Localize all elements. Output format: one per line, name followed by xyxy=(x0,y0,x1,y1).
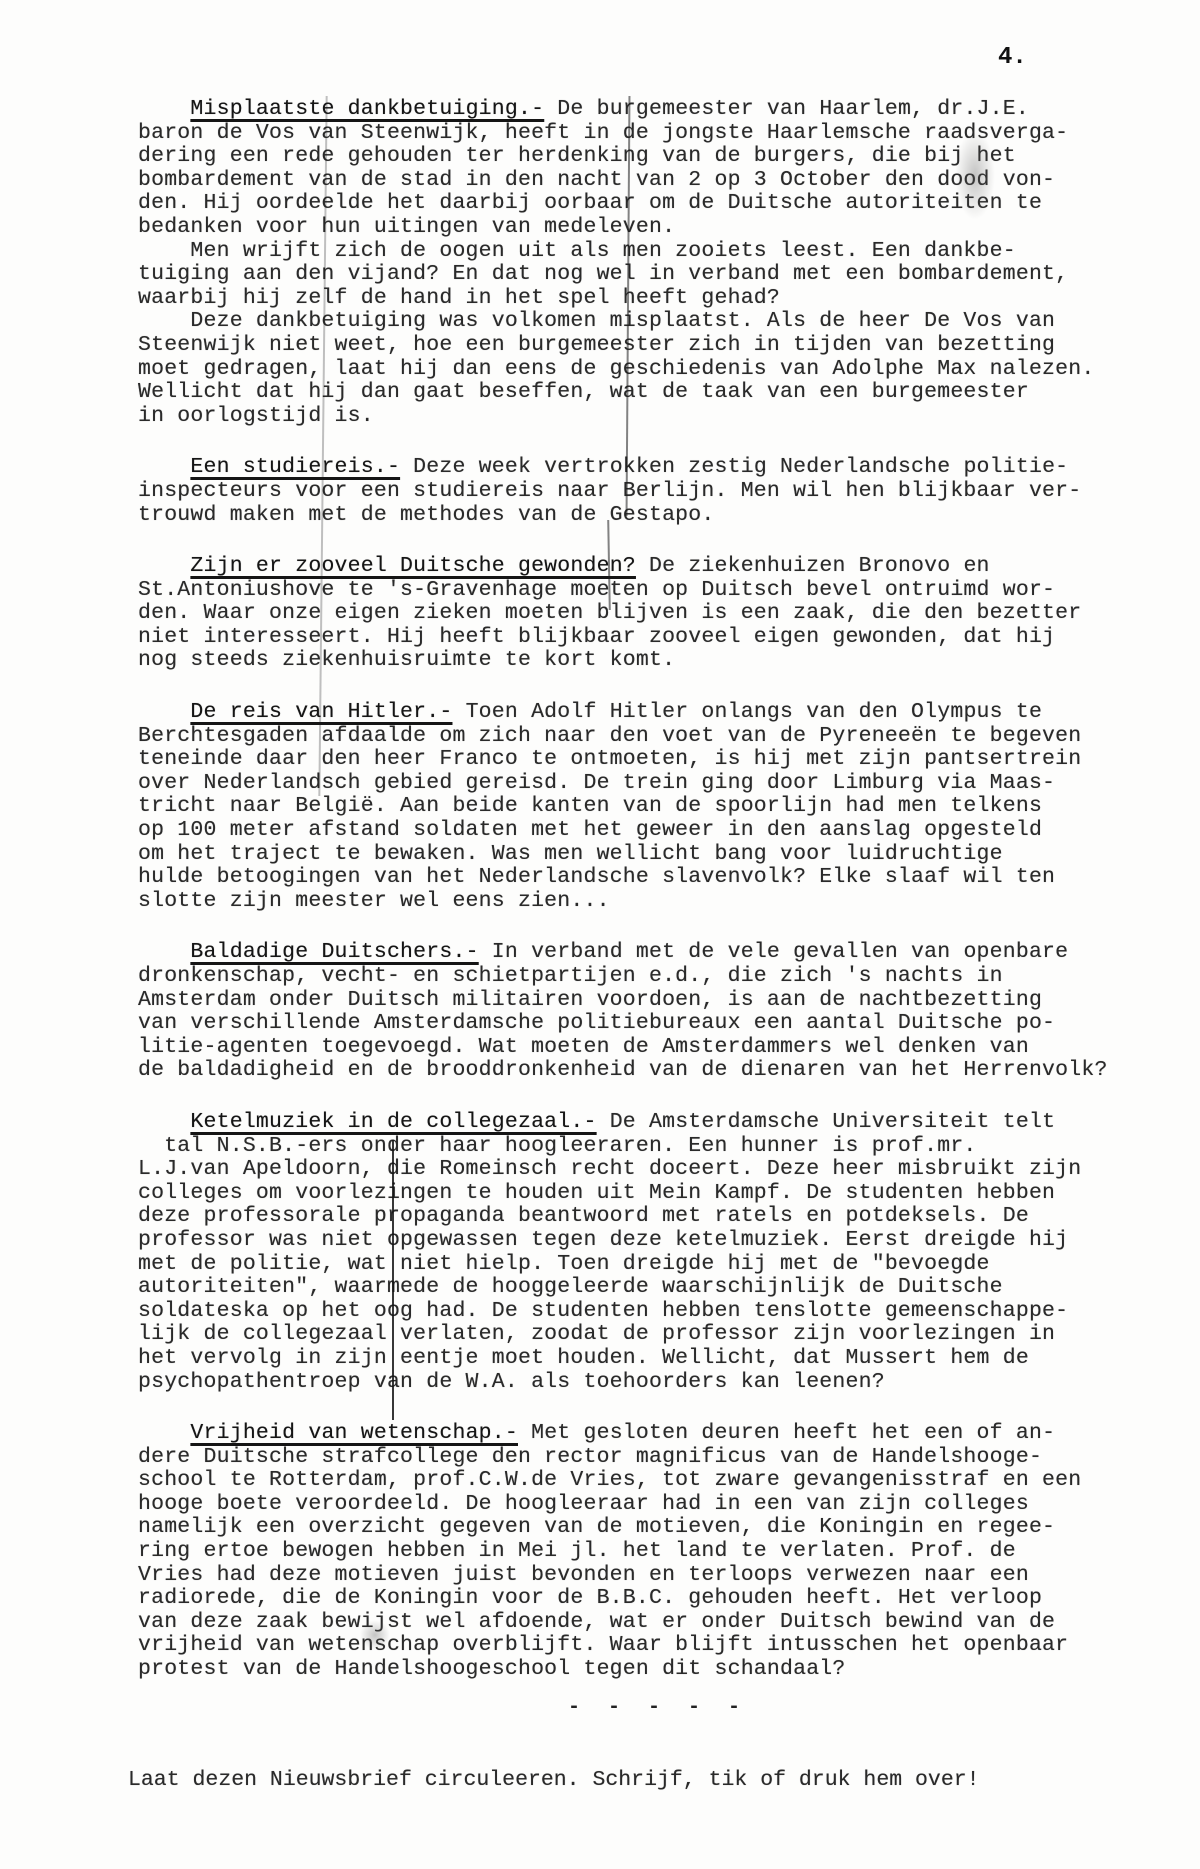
text-line: niet interesseert. Hij heeft blijkbaar z… xyxy=(138,626,1098,650)
section-first-line: Misplaatste dankbetuiging.- De burgemees… xyxy=(138,98,1098,122)
text-line: het vervolg in zijn eentje moet houden. … xyxy=(138,1347,1098,1371)
text-line: litie-agenten toegevoegd. Wat moeten de … xyxy=(138,1036,1098,1060)
section-ketelmuziek: Ketelmuziek in de collegezaal.- De Amste… xyxy=(138,1111,1098,1394)
text-line: autoriteiten", waarmede de hooggeleerde … xyxy=(138,1276,1098,1300)
text-line: de baldadigheid en de brooddronkenheid v… xyxy=(138,1059,1098,1083)
text-line: St.Antoniushove te 's-Gravenhage moeten … xyxy=(138,579,1098,603)
text-line: Wellicht dat hij dan gaat beseffen, wat … xyxy=(138,381,1098,405)
text-line: school te Rotterdam, prof.C.W.de Vries, … xyxy=(138,1469,1098,1493)
text-line: nog steeds ziekenhuisruimte te kort komt… xyxy=(138,649,1098,673)
text-line: Deze dankbetuiging was volkomen misplaat… xyxy=(138,310,1098,334)
section-first-line: Ketelmuziek in de collegezaal.- De Amste… xyxy=(138,1111,1098,1135)
newsletter-body: Misplaatste dankbetuiging.- De burgemees… xyxy=(138,98,1098,1745)
text-line: namelijk een overzicht gegeven van de mo… xyxy=(138,1516,1098,1540)
text-line: psychopathentroep van de W.A. als toehoo… xyxy=(138,1371,1098,1395)
text-line: protest van de Handelshoogeschool tegen … xyxy=(138,1658,1098,1682)
text-line: den. Hij oordeelde het daarbij oorbaar o… xyxy=(138,192,1098,216)
text-line: tricht naar België. Aan beide kanten van… xyxy=(138,795,1098,819)
ink-smudge xyxy=(360,1620,390,1650)
text-line: deze professorale propaganda beantwoord … xyxy=(138,1205,1098,1229)
text-line: hulde betoogingen van het Nederlandsche … xyxy=(138,866,1098,890)
section-misplaatste-dankbetuiging: Misplaatste dankbetuiging.- De burgemees… xyxy=(138,98,1098,428)
section-first-line: Zijn er zooveel Duitsche gewonden? De zi… xyxy=(138,555,1098,579)
text-line: moet gedragen, laat hij dan eens de gesc… xyxy=(138,358,1098,382)
text-line: ring ertoe bewogen hebben in Mei jl. het… xyxy=(138,1540,1098,1564)
text-line: professor was niet opgewassen tegen deze… xyxy=(138,1229,1098,1253)
text-line: van verschillende Amsterdamsche politieb… xyxy=(138,1012,1098,1036)
closing-divider: - - - - - xyxy=(138,1696,1098,1719)
text-line: Men wrijft zich de oogen uit als men zoo… xyxy=(138,240,1098,264)
text-line: waarbij hij zelf de hand in het spel hee… xyxy=(138,287,1098,311)
section-reis-van-hitler: De reis van Hitler.- Toen Adolf Hitler o… xyxy=(138,701,1098,913)
text-line: bedanken voor hun uitingen van medeleven… xyxy=(138,216,1098,240)
text-line: trouwd maken met de methodes van de Gest… xyxy=(138,504,1098,528)
page-number: 4. xyxy=(998,44,1027,71)
text-line: over Nederlandsch gebied gereisd. De tre… xyxy=(138,772,1098,796)
section-studiereis: Een studiereis.- Deze week vertrokken ze… xyxy=(138,456,1098,527)
section-heading: Vrijheid van wetenschap.- xyxy=(190,1421,518,1445)
text-line: den. Waar onze eigen zieken moeten blijv… xyxy=(138,602,1098,626)
text-line: tal N.S.B.-ers onder haar hoogleeraren. … xyxy=(138,1135,1098,1159)
text-line: Amsterdam onder Duitsch militairen voord… xyxy=(138,989,1098,1013)
section-first-line: De reis van Hitler.- Toen Adolf Hitler o… xyxy=(138,701,1098,725)
fold-line xyxy=(392,1140,394,1420)
ink-smudge xyxy=(955,130,995,220)
typewritten-page: 4. Misplaatste dankbetuiging.- De burgem… xyxy=(0,0,1200,1869)
text-line: L.J.van Apeldoorn, die Romeinsch recht d… xyxy=(138,1158,1098,1182)
section-vrijheid-van-wetenschap: Vrijheid van wetenschap.- Met gesloten d… xyxy=(138,1422,1098,1682)
footer-call-to-action: Laat dezen Nieuwsbrief circuleeren. Schr… xyxy=(128,1768,980,1792)
section-heading: Ketelmuziek in de collegezaal.- xyxy=(190,1110,596,1134)
text-line: teneinde daar den heer Franco te ontmoet… xyxy=(138,748,1098,772)
text-line: bombardement van de stad in den nacht va… xyxy=(138,169,1098,193)
section-first-line: Baldadige Duitschers.- In verband met de… xyxy=(138,941,1098,965)
text-line: colleges om voorlezingen te houden uit M… xyxy=(138,1182,1098,1206)
text-line: om het traject te bewaken. Was men welli… xyxy=(138,843,1098,867)
text-line: tuiging aan den vijand? En dat nog wel i… xyxy=(138,263,1098,287)
text-line: dere Duitsche strafcollege den rector ma… xyxy=(138,1446,1098,1470)
text-line: in oorlogstijd is. xyxy=(138,405,1098,429)
text-line: Steenwijk niet weet, hoe een burgemeeste… xyxy=(138,334,1098,358)
section-first-line: Een studiereis.- Deze week vertrokken ze… xyxy=(138,456,1098,480)
text-line: baron de Vos van Steenwijk, heeft in de … xyxy=(138,122,1098,146)
section-first-line: Vrijheid van wetenschap.- Met gesloten d… xyxy=(138,1422,1098,1446)
section-baldadige-duitschers: Baldadige Duitschers.- In verband met de… xyxy=(138,941,1098,1083)
text-line: inspecteurs voor een studiereis naar Ber… xyxy=(138,480,1098,504)
text-line: soldateska op het oog had. De studenten … xyxy=(138,1300,1098,1324)
text-line: radiorede, die de Koningin voor de B.B.C… xyxy=(138,1587,1098,1611)
text-line: lijk de collegezaal verlaten, zoodat de … xyxy=(138,1323,1098,1347)
section-heading: De reis van Hitler.- xyxy=(190,700,452,724)
section-heading: Baldadige Duitschers.- xyxy=(190,940,478,964)
text-line: dronkenschap, vecht- en schietpartijen e… xyxy=(138,965,1098,989)
section-heading: Zijn er zooveel Duitsche gewonden? xyxy=(190,554,635,578)
text-line: van deze zaak bewijst wel afdoende, wat … xyxy=(138,1611,1098,1635)
section-heading: Misplaatste dankbetuiging.- xyxy=(190,97,544,121)
text-line: hooge boete veroordeeld. De hoogleeraar … xyxy=(138,1493,1098,1517)
text-line: dering een rede gehouden ter herdenking … xyxy=(138,145,1098,169)
text-line: vrijheid van wetenschap overblijft. Waar… xyxy=(138,1634,1098,1658)
section-heading: Een studiereis.- xyxy=(190,455,400,479)
text-line: Berchtesgaden afdaalde om zich naar den … xyxy=(138,725,1098,749)
text-line: Vries had deze motieven juist bevonden e… xyxy=(138,1564,1098,1588)
text-line: slotte zijn meester wel eens zien... xyxy=(138,890,1098,914)
section-duitsche-gewonden: Zijn er zooveel Duitsche gewonden? De zi… xyxy=(138,555,1098,673)
text-line: met de politie, wat niet hielp. Toen dre… xyxy=(138,1253,1098,1277)
text-line: op 100 meter afstand soldaten met het ge… xyxy=(138,819,1098,843)
